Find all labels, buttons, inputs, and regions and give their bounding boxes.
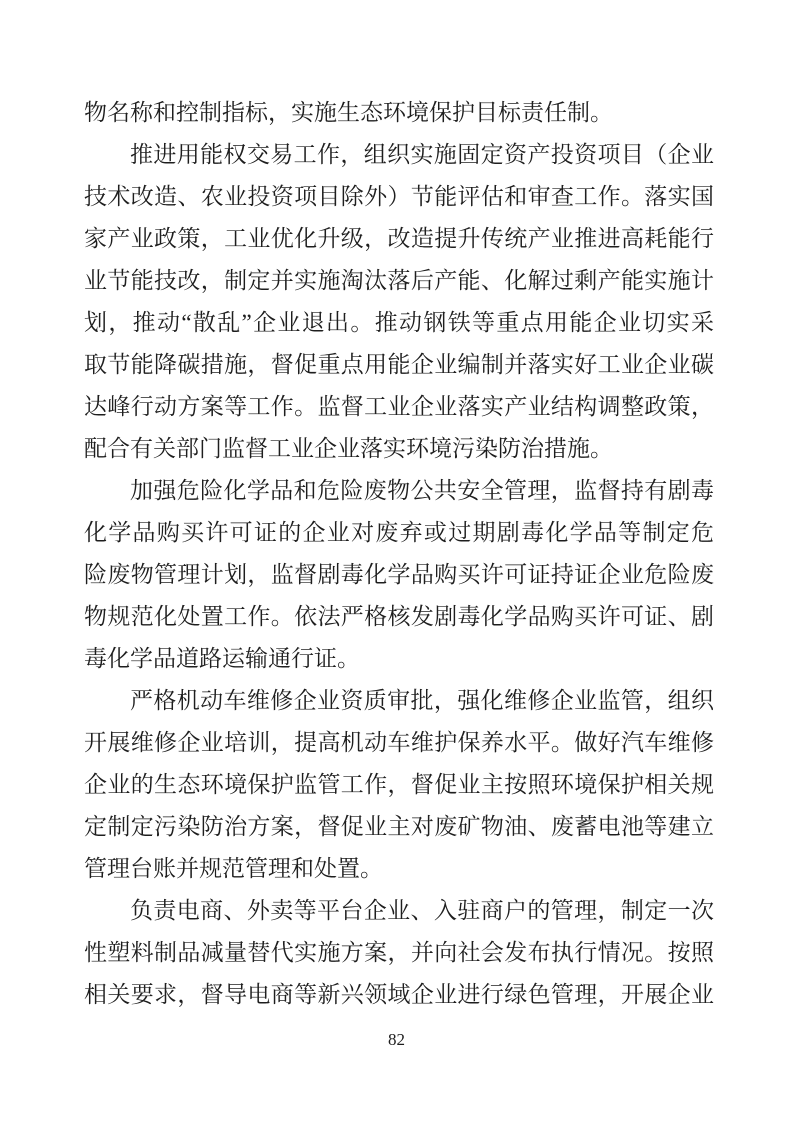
- text-line: 技术改造、农业投资项目除外）节能评估和审查工作。落实国: [84, 176, 714, 218]
- text-line: 取节能降碳措施，督促重点用能企业编制并落实好工业企业碳: [84, 344, 714, 386]
- text-line: 管理台账并规范管理和处置。: [84, 848, 714, 890]
- text-line: 负责电商、外卖等平台企业、入驻商户的管理，制定一次: [84, 890, 714, 932]
- text-line: 物名称和控制指标，实施生态环境保护目标责任制。: [84, 92, 714, 134]
- page-number: 82: [0, 1029, 793, 1051]
- text-line: 相关要求，督导电商等新兴领域企业进行绿色管理，开展企业: [84, 974, 714, 1016]
- body-text: 物名称和控制指标，实施生态环境保护目标责任制。推进用能权交易工作，组织实施固定资…: [84, 92, 714, 1016]
- text-line: 推进用能权交易工作，组织实施固定资产投资项目（企业: [84, 134, 714, 176]
- text-line: 毒化学品道路运输通行证。: [84, 638, 714, 680]
- text-line: 严格机动车维修企业资质审批，强化维修企业监管，组织: [84, 680, 714, 722]
- text-line: 业节能技改，制定并实施淘汰落后产能、化解过剩产能实施计: [84, 260, 714, 302]
- text-line: 险废物管理计划，监督剧毒化学品购买许可证持证企业危险废: [84, 554, 714, 596]
- text-line: 加强危险化学品和危险废物公共安全管理，监督持有剧毒: [84, 470, 714, 512]
- text-line: 家产业政策，工业优化升级，改造提升传统产业推进高耗能行: [84, 218, 714, 260]
- text-line: 企业的生态环境保护监管工作，督促业主按照环境保护相关规: [84, 764, 714, 806]
- text-line: 划，推动“散乱”企业退出。推动钢铁等重点用能企业切实采: [84, 302, 714, 344]
- text-line: 达峰行动方案等工作。监督工业企业落实产业结构调整政策，: [84, 386, 714, 428]
- text-line: 开展维修企业培训，提高机动车维护保养水平。做好汽车维修: [84, 722, 714, 764]
- text-line: 配合有关部门监督工业企业落实环境污染防治措施。: [84, 428, 714, 470]
- text-line: 化学品购买许可证的企业对废弃或过期剧毒化学品等制定危: [84, 512, 714, 554]
- text-line: 性塑料制品减量替代实施方案，并向社会发布执行情况。按照: [84, 932, 714, 974]
- text-line: 物规范化处置工作。依法严格核发剧毒化学品购买许可证、剧: [84, 596, 714, 638]
- document-page: 物名称和控制指标，实施生态环境保护目标责任制。推进用能权交易工作，组织实施固定资…: [0, 0, 793, 1122]
- text-line: 定制定污染防治方案，督促业主对废矿物油、废蓄电池等建立: [84, 806, 714, 848]
